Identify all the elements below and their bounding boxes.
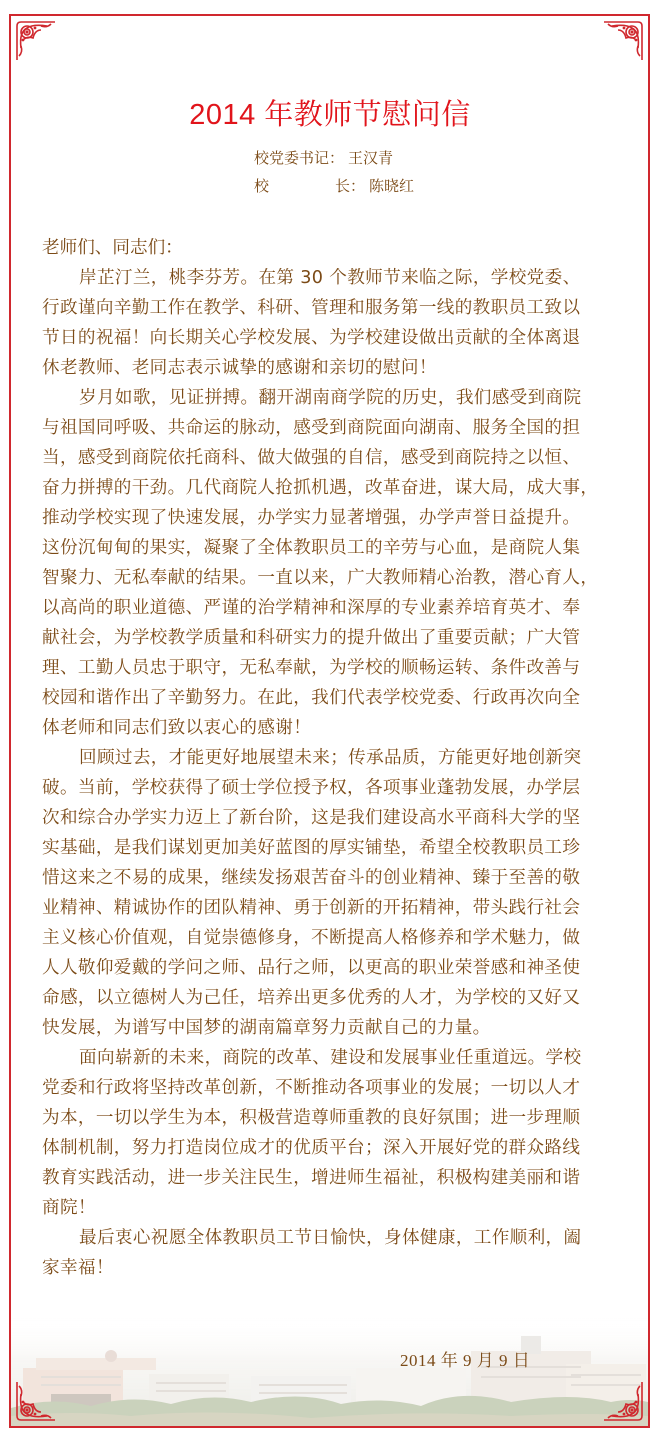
letter-title: 2014 年教师节慰问信 [0,92,660,133]
text-line: 这份沉甸甸的果实，凝聚了全体教职员工的辛劳与心血，是商院人集 [42,533,622,563]
text-line: 节日的祝福！向长期关心学校发展、为学校建设做出贡献的全体离退 [42,323,622,353]
text-line: 人人敬仰爱戴的学问之师、品行之师，以更高的职业荣誉感和神圣使 [42,953,622,983]
signer-separator: ： [350,174,365,202]
signer-separator: ： [329,146,344,174]
text-line: 惜这来之不易的成果，继续发扬艰苦奋斗的创业精神、臻于至善的敬 [42,863,622,893]
text-line: 党委和行政将坚持改革创新，不断推动各项事业的发展；一切以人才 [42,1073,622,1103]
floral-corner-bottom-left-icon [13,1380,57,1424]
text-line: 当，感受到商院依托商科、做大做强的自信，感受到商院持之以恒、 [42,443,622,473]
letter-body: 老师们、同志们： 岸芷汀兰，桃李芬芳。在第 30 个教师节来临之际，学校党委、 … [42,233,622,1283]
text-line: 体老师和同志们致以衷心的感谢！ [42,713,622,743]
campus-background-image [11,1316,648,1426]
signer-name: 陈晓红 [369,174,414,202]
signer-name: 王汉青 [348,146,393,174]
floral-corner-top-left-icon [13,18,57,62]
text-line: 休老教师、老同志表示诚挚的感谢和亲切的慰问！ [42,353,622,383]
text-line: 教育实践活动，进一步关注民生，增进师生福祉，积极构建美丽和谐 [42,1163,622,1193]
paragraph-2: 岁月如歌，见证拼搏。翻开湖南商学院的历史，我们感受到商院 与祖国同呼吸、共命运的… [42,383,622,743]
signer-president: 校 长 ：陈晓红 [254,174,414,202]
signer-role: 校 长 [254,174,350,202]
text-line: 业精神、精诚协作的团队精神、勇于创新的开拓精神，带头践行社会 [42,893,622,923]
text-line: 实基础，是我们谋划更加美好蓝图的厚实铺垫，希望全校教职员工珍 [42,833,622,863]
signer-party-secretary: 校党委书记：王汉青 [254,146,414,174]
text-line: 奋力拼搏的干劲。几代商院人抢抓机遇，改革奋进，谋大局，成大事， [42,473,622,503]
floral-corner-bottom-right-icon [602,1380,646,1424]
signers-block: 校党委书记：王汉青 校 长 ：陈晓红 [254,146,414,202]
text-line: 商院！ [42,1193,622,1223]
text-line: 校园和谐作出了辛勤努力。在此，我们代表学校党委、行政再次向全 [42,683,622,713]
text-line: 推动学校实现了快速发展，办学实力显著增强，办学声誉日益提升。 [42,503,622,533]
paragraph-1: 岸芷汀兰，桃李芬芳。在第 30 个教师节来临之际，学校党委、 行政谨向辛勤工作在… [42,263,622,383]
text-line: 理、工勤人员忠于职守，无私奉献，为学校的顺畅运转、条件改善与 [42,653,622,683]
text-line: 行政谨向辛勤工作在教学、科研、管理和服务第一线的教职员工致以 [42,293,622,323]
text-line: 献社会，为学校教学质量和科研实力的提升做出了重要贡献；广大管 [42,623,622,653]
text-line: 岸芷汀兰，桃李芬芳。在第 30 个教师节来临之际，学校党委、 [42,263,622,293]
salutation: 老师们、同志们： [42,233,622,263]
text-line: 家幸福！ [42,1253,622,1283]
text-line: 面向崭新的未来，商院的改革、建设和发展事业任重道远。学校 [42,1043,622,1073]
text-line: 次和综合办学实力迈上了新台阶，这是我们建设高水平商科大学的坚 [42,803,622,833]
text-line: 快发展，为谱写中国梦的湖南篇章努力贡献自己的力量。 [42,1013,622,1043]
text-line: 以高尚的职业道德、严谨的治学精神和深厚的专业素养培育英才、奉 [42,593,622,623]
text-line: 与祖国同呼吸、共命运的脉动，感受到商院面向湖南、服务全国的担 [42,413,622,443]
text-line: 最后衷心祝愿全体教职员工节日愉快，身体健康，工作顺利，阖 [42,1223,622,1253]
text-line: 为本，一切以学生为本，积极营造尊师重教的良好氛围；进一步理顺 [42,1103,622,1133]
text-line: 命感，以立德树人为己任，培养出更多优秀的人才，为学校的又好又 [42,983,622,1013]
text-line: 主义核心价值观，自觉崇德修身，不断提高人格修养和学术魅力，做 [42,923,622,953]
text-line: 岁月如歌，见证拼搏。翻开湖南商学院的历史，我们感受到商院 [42,383,622,413]
signer-role-char: 校 [254,174,269,202]
text-line: 回顾过去，才能更好地展望未来；传承品质，方能更好地创新突 [42,743,622,773]
signer-role-char: 长 [335,174,350,202]
text-line: 破。当前，学校获得了硕士学位授予权，各项事业蓬勃发展，办学层 [42,773,622,803]
paragraph-4: 面向崭新的未来，商院的改革、建设和发展事业任重道远。学校 党委和行政将坚持改革创… [42,1043,622,1223]
paragraph-3: 回顾过去，才能更好地展望未来；传承品质，方能更好地创新突 破。当前，学校获得了硕… [42,743,622,1043]
paragraph-5: 最后衷心祝愿全体教职员工节日愉快，身体健康，工作顺利，阖 家幸福！ [42,1223,622,1283]
letter-date: 2014 年 9 月 9 日 [400,1346,530,1371]
text-line: 智聚力、无私奉献的结果。一直以来，广大教师精心治教，潜心育人， [42,563,622,593]
text-line: 体制机制，努力打造岗位成才的优质平台；深入开展好党的群众路线 [42,1133,622,1163]
floral-corner-top-right-icon [602,18,646,62]
signer-role: 校党委书记 [254,146,329,174]
